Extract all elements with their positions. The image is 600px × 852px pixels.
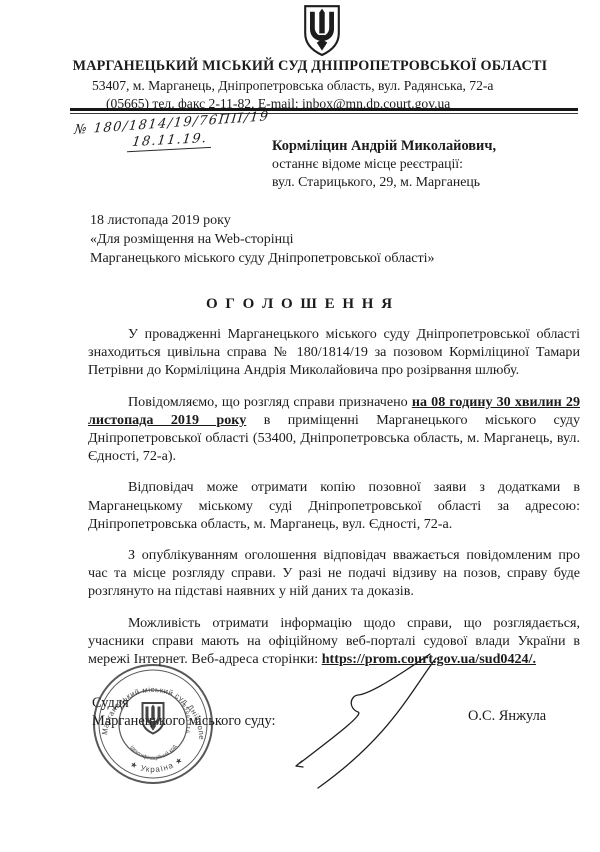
court-stamp: Марганецький міський суд Дніпропетровськ… <box>90 660 216 788</box>
court-name: МАРГАНЕЦЬКИЙ МІСЬКИЙ СУД ДНІПРОПЕТРОВСЬК… <box>40 58 580 75</box>
purpose-line2: Марганецького міського суду Дніпропетров… <box>90 249 435 268</box>
paragraph-notice: З опублікуванням оголошення відповідач в… <box>88 546 580 601</box>
handwritten-date: 18.11.19. <box>127 131 213 153</box>
paragraph-case-info: У провадженні Марганецького міського суд… <box>88 325 580 380</box>
header-rule-thick <box>70 108 578 111</box>
document-title: О Г О Л О Ш Е Н Н Я <box>0 296 600 313</box>
document-date: 18 листопада 2019 року <box>90 211 435 230</box>
addressee-block: Корміліцин Андрій Миколайович, останнє в… <box>272 137 496 191</box>
svg-text:ідентифікаційний код: ідентифікаційний код <box>128 743 178 761</box>
ukraine-trident-icon <box>298 4 346 58</box>
addressee-name: Корміліцин Андрій Миколайович, <box>272 137 496 155</box>
header-rule-thin <box>70 113 578 114</box>
signer-name: О.С. Янжула <box>468 708 546 725</box>
addressee-line3: вул. Старицького, 29, м. Марганець <box>272 173 496 191</box>
paragraph-copy-info: Відповідач може отримати копію позовної … <box>88 478 580 533</box>
date-block: 18 листопада 2019 року «Для розміщення н… <box>90 211 435 268</box>
stamp-inner-text: ідентифікаційний код <box>128 743 178 761</box>
hearing-pre: Повідомляємо, що розгляд справи призначе… <box>128 394 412 410</box>
court-address: 53407, м. Марганець, Дніпропетровська об… <box>40 78 580 94</box>
stamp-trident-icon <box>143 703 164 734</box>
addressee-line2: останнє відоме місце реєстрації: <box>272 155 496 173</box>
document-body: У провадженні Марганецького міського суд… <box>88 325 580 681</box>
paragraph-hearing: Повідомляємо, що розгляд справи призначе… <box>88 393 580 466</box>
judge-signature <box>278 638 458 798</box>
purpose-line1: «Для розміщення на Web-сторінці <box>90 230 435 249</box>
letterhead: МАРГАНЕЦЬКИЙ МІСЬКИЙ СУД ДНІПРОПЕТРОВСЬК… <box>40 58 580 112</box>
